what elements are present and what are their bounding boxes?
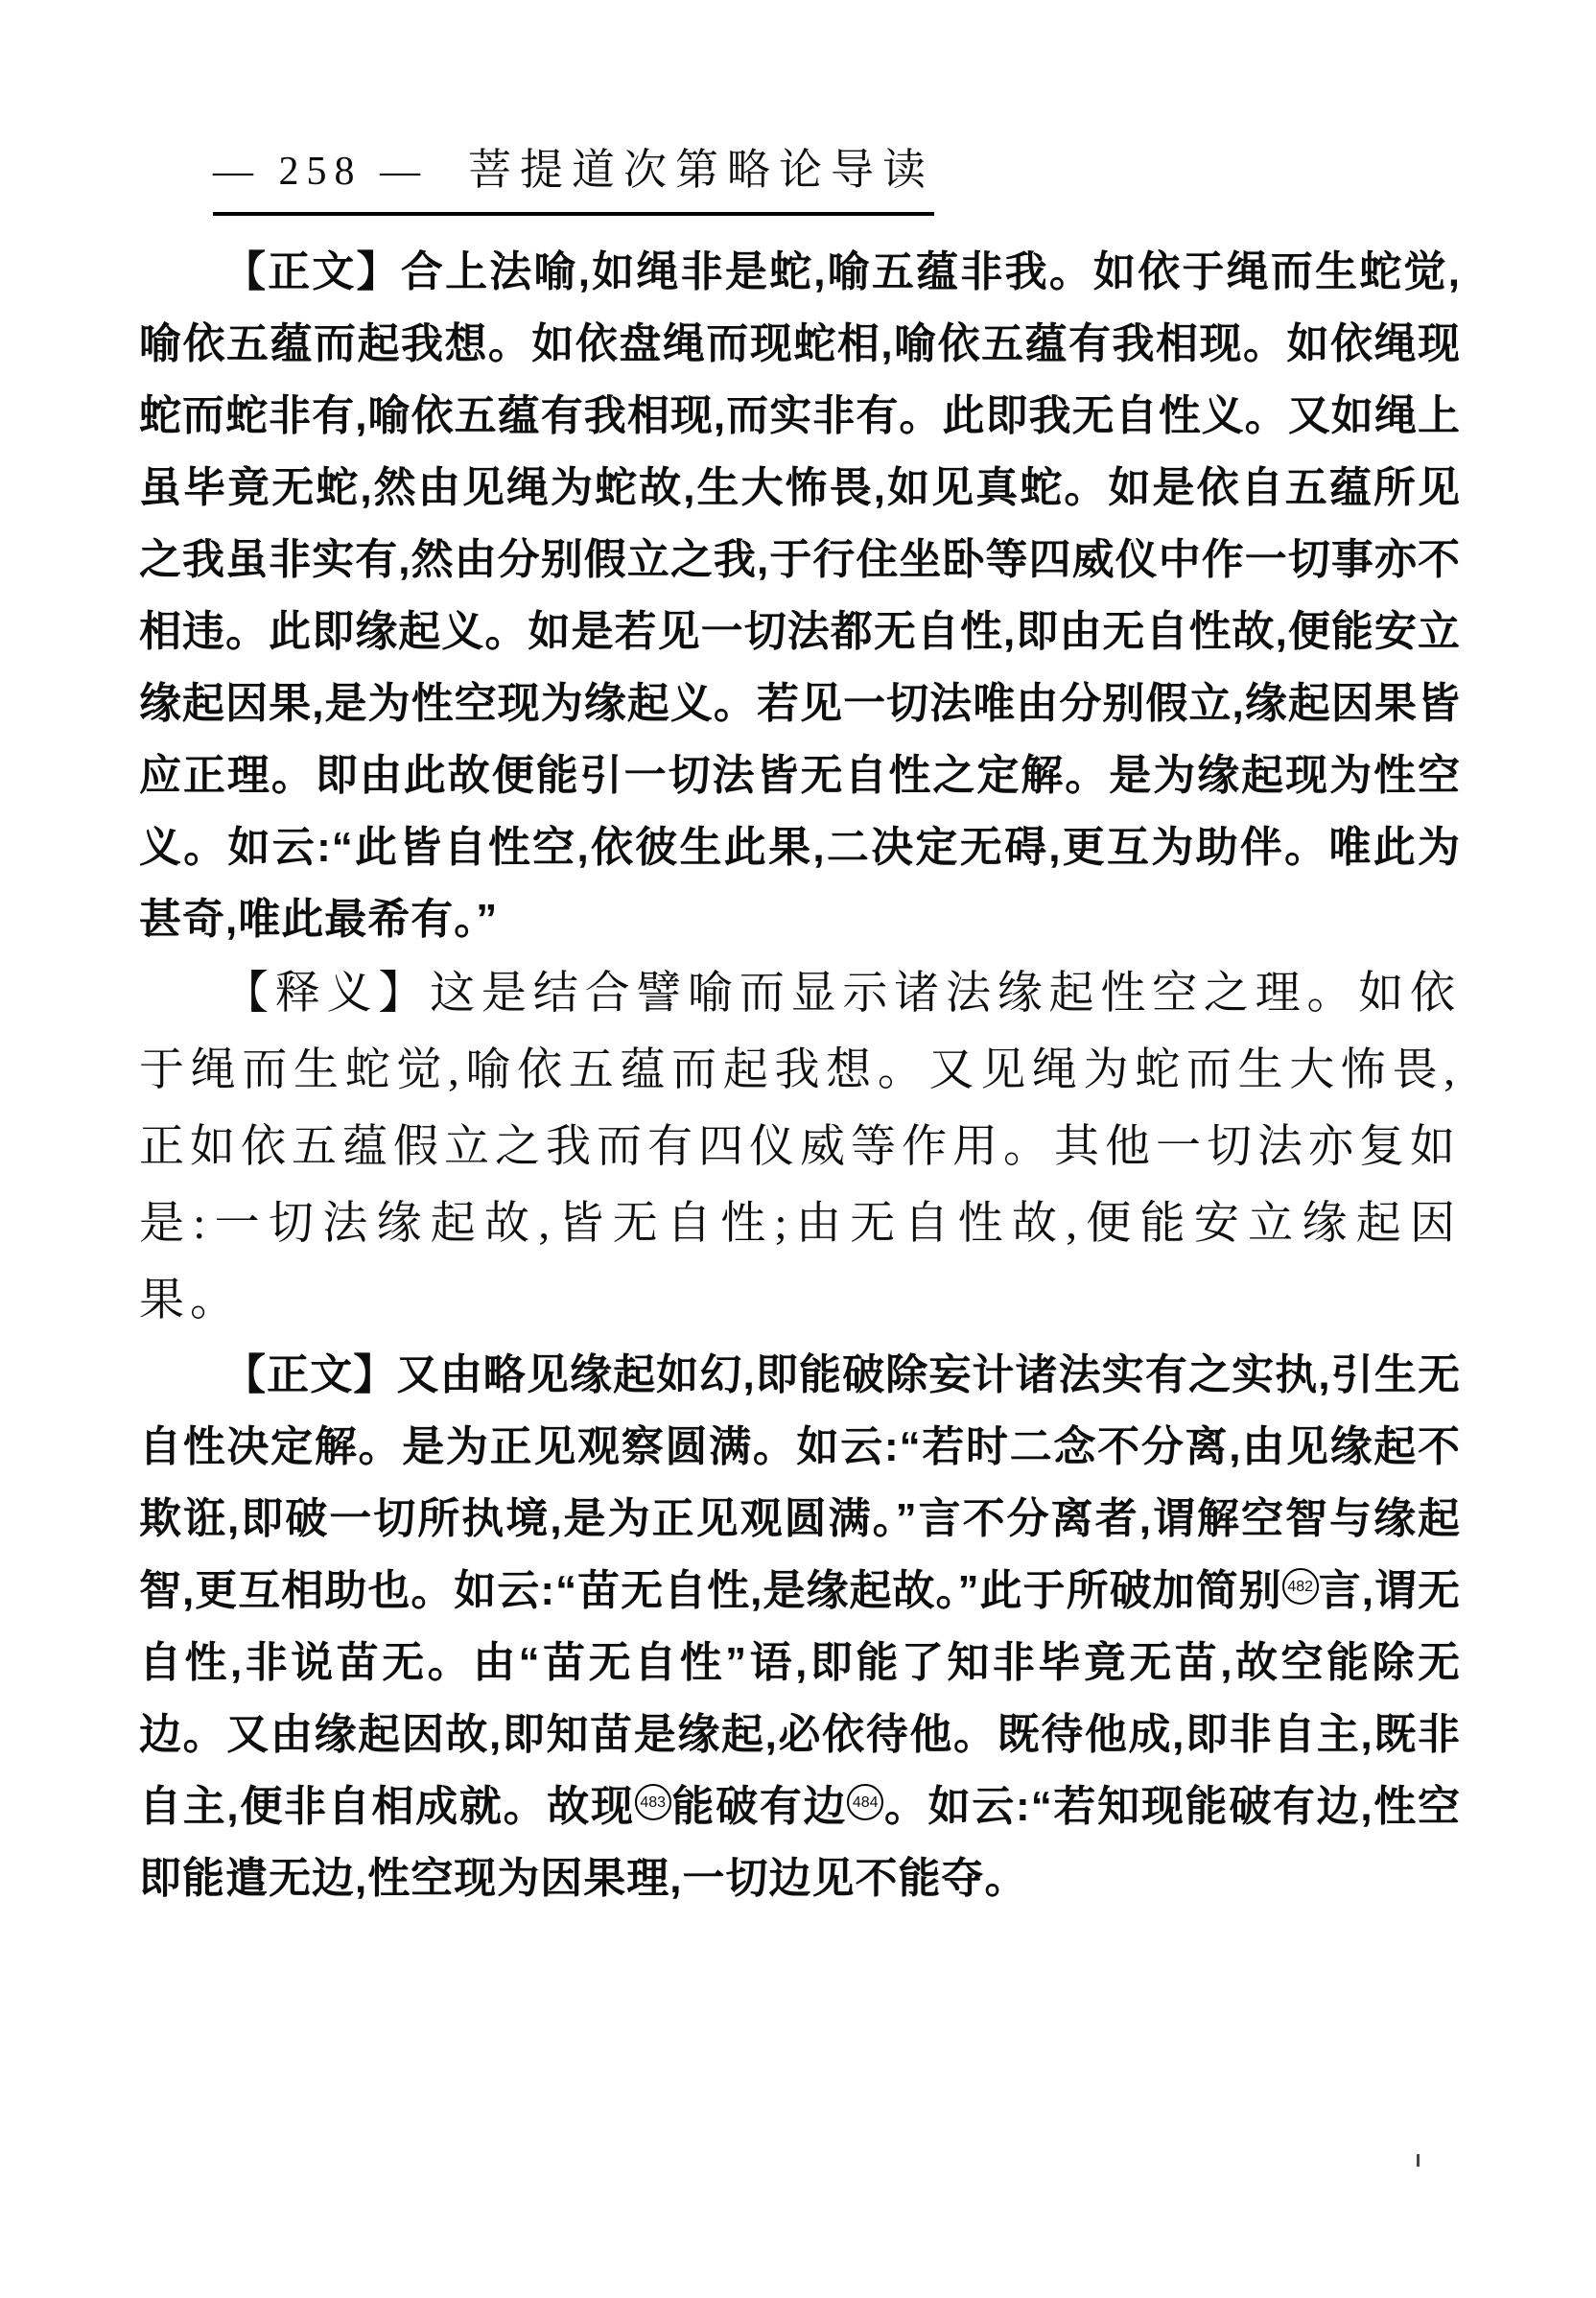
footnote-marker-482: 482 <box>1282 1568 1319 1605</box>
section-label-shiyi: 【释义】 <box>223 969 430 1019</box>
book-title: 菩提道次第略论导读 <box>468 146 934 194</box>
paragraph-zhengwen-2: 【正文】又由略见缘起如幻,即能破除妄计诸法实有之实执,引生无自性决定解。是为正见… <box>139 1339 1461 1914</box>
section-label-zhengwen-2: 【正文】 <box>223 1351 397 1398</box>
book-page: — 258 —菩提道次第略论导读 【正文】合上法喻,如绳非是蛇,喻五蕴非我。如依… <box>0 0 1596 2298</box>
paragraph-shiyi: 【释义】这是结合譬喻而显示诸法缘起性空之理。如依于绳而生蛇觉,喻依五蕴而起我想。… <box>139 955 1461 1339</box>
shiyi-text: 这是结合譬喻而显示诸法缘起性空之理。如依于绳而生蛇觉,喻依五蕴而起我想。又见绳为… <box>139 969 1461 1325</box>
section-label-zhengwen: 【正文】 <box>223 248 401 295</box>
page-number: — 258 — <box>213 150 428 194</box>
footnote-marker-483: 483 <box>635 1784 671 1820</box>
zhengwen-2-segment-3: 能破有边 <box>671 1783 848 1830</box>
page-header: — 258 —菩提道次第略论导读 <box>213 134 934 216</box>
page-body: 【正文】合上法喻,如绳非是蛇,喻五蕴非我。如依于绳而生蛇觉,喻依五蕴而起我想。如… <box>139 236 1461 1914</box>
paragraph-zhengwen-1: 【正文】合上法喻,如绳非是蛇,喻五蕴非我。如依于绳而生蛇觉,喻依五蕴而起我想。如… <box>139 236 1461 955</box>
scan-speck <box>1417 2154 1420 2167</box>
zhengwen-1-text: 合上法喻,如绳非是蛇,喻五蕴非我。如依于绳而生蛇觉,喻依五蕴而起我想。如依盘绳而… <box>139 248 1461 943</box>
footnote-marker-484: 484 <box>847 1784 883 1820</box>
